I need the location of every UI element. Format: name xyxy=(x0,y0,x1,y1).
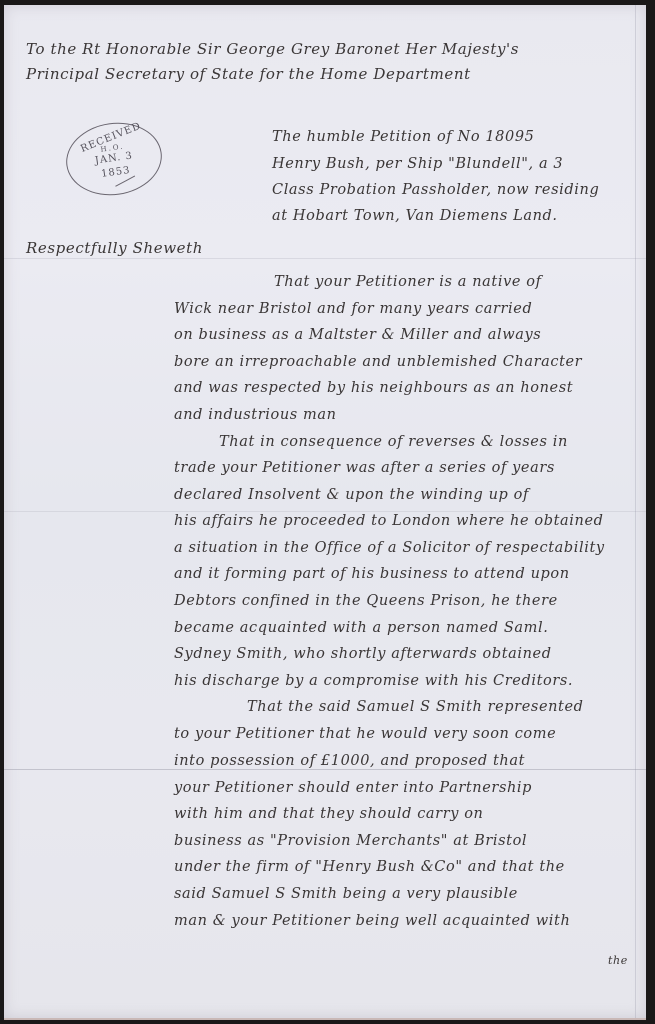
body-line: trade your Petitioner was after a series… xyxy=(174,461,555,476)
body-line: Sydney Smith, who shortly afterwards obt… xyxy=(174,647,552,662)
salutation: Respectfully Sheweth xyxy=(26,241,203,256)
body-line: to your Petitioner that he would very so… xyxy=(174,727,556,742)
body-line: on business as a Maltster & Miller and a… xyxy=(174,328,541,343)
petitioner-line-2: Henry Bush, per Ship "Blundell", a 3 xyxy=(272,157,563,172)
body-line: That the said Samuel S Smith represented xyxy=(247,700,584,715)
petitioner-line-3: Class Probation Passholder, now residing xyxy=(272,183,599,198)
received-stamp: RECEIVED H.O. JAN. 3 1853 xyxy=(61,117,166,202)
vertical-fold-line xyxy=(635,5,636,1018)
fold-line xyxy=(4,769,646,770)
catchword: the xyxy=(608,955,628,966)
body-line: Debtors confined in the Queens Prison, h… xyxy=(174,594,558,609)
body-line: a situation in the Office of a Solicitor… xyxy=(174,541,605,556)
body-line: his discharge by a compromise with his C… xyxy=(174,674,573,689)
body-line: business as "Provision Merchants" at Bri… xyxy=(174,834,527,849)
body-line: said Samuel S Smith being a very plausib… xyxy=(174,887,518,902)
body-line: under the firm of "Henry Bush &Co" and t… xyxy=(174,860,565,875)
scan-frame: To the Rt Honorable Sir George Grey Baro… xyxy=(0,0,655,1024)
body-line: into possession of £1000, and proposed t… xyxy=(174,754,525,769)
body-line: and was respected by his neighbours as a… xyxy=(174,381,573,396)
petitioner-line-4: at Hobart Town, Van Diemens Land. xyxy=(272,209,558,224)
body-line: Wick near Bristol and for many years car… xyxy=(174,302,532,317)
body-line: That your Petitioner is a native of xyxy=(274,275,542,290)
body-line: became acquainted with a person named Sa… xyxy=(174,621,548,636)
body-line: and industrious man xyxy=(174,408,337,423)
body-line: That in consequence of reverses & losses… xyxy=(219,435,568,450)
body-line: your Petitioner should enter into Partne… xyxy=(174,781,532,796)
fold-line xyxy=(4,258,646,259)
body-line: declared Insolvent & upon the winding up… xyxy=(174,488,529,503)
petitioner-line-1: The humble Petition of No 18095 xyxy=(272,130,535,145)
body-line: his affairs he proceeded to London where… xyxy=(174,514,604,529)
address-line-1: To the Rt Honorable Sir George Grey Baro… xyxy=(26,42,519,57)
fold-line xyxy=(4,511,646,512)
body-line: bore an irreproachable and unblemished C… xyxy=(174,355,582,370)
body-line: with him and that they should carry on xyxy=(174,807,484,822)
body-line: and it forming part of his business to a… xyxy=(174,567,570,582)
body-line: man & your Petitioner being well acquain… xyxy=(174,914,570,929)
petition-page: To the Rt Honorable Sir George Grey Baro… xyxy=(4,5,646,1020)
address-line-2: Principal Secretary of State for the Hom… xyxy=(26,67,471,82)
